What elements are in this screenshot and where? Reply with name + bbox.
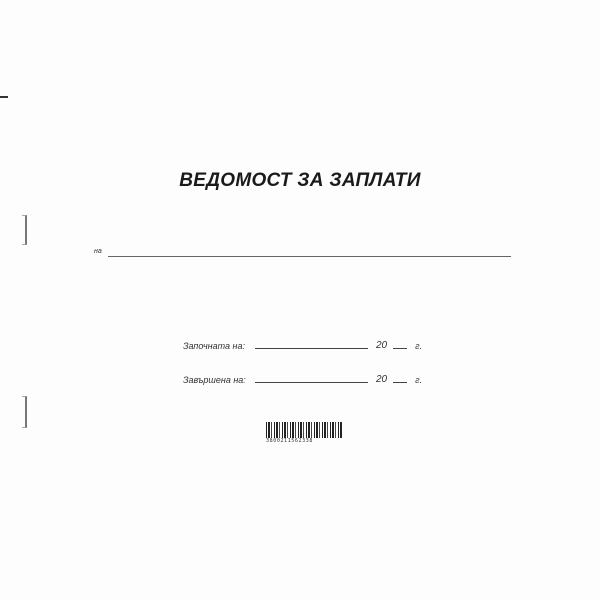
barcode-number: 3800211562338 bbox=[266, 438, 342, 444]
completed-year-prefix: 20 bbox=[376, 374, 387, 385]
started-year-line bbox=[393, 348, 407, 349]
document-title: ВЕДОМОСТ ЗА ЗАПЛАТИ bbox=[0, 170, 600, 192]
na-fill-line bbox=[108, 256, 511, 257]
completed-row: Завършена на: 20 г. bbox=[183, 374, 422, 385]
na-label: на bbox=[94, 248, 102, 255]
completed-label: Завършена на: bbox=[183, 375, 255, 385]
completed-date-line bbox=[255, 382, 368, 383]
completed-year-line bbox=[393, 382, 407, 383]
binding-mark-bottom bbox=[22, 396, 27, 428]
edge-mark bbox=[0, 96, 8, 98]
started-date-line bbox=[255, 348, 368, 349]
barcode-bars bbox=[266, 422, 342, 438]
completed-year-suffix: г. bbox=[415, 375, 422, 385]
barcode: 3800211562338 bbox=[266, 422, 342, 446]
started-row: Започната на: 20 г. bbox=[183, 340, 422, 351]
started-year-suffix: г. bbox=[415, 341, 422, 351]
started-year-prefix: 20 bbox=[376, 340, 387, 351]
started-label: Започната на: bbox=[183, 341, 255, 351]
binding-mark-top bbox=[22, 215, 27, 245]
